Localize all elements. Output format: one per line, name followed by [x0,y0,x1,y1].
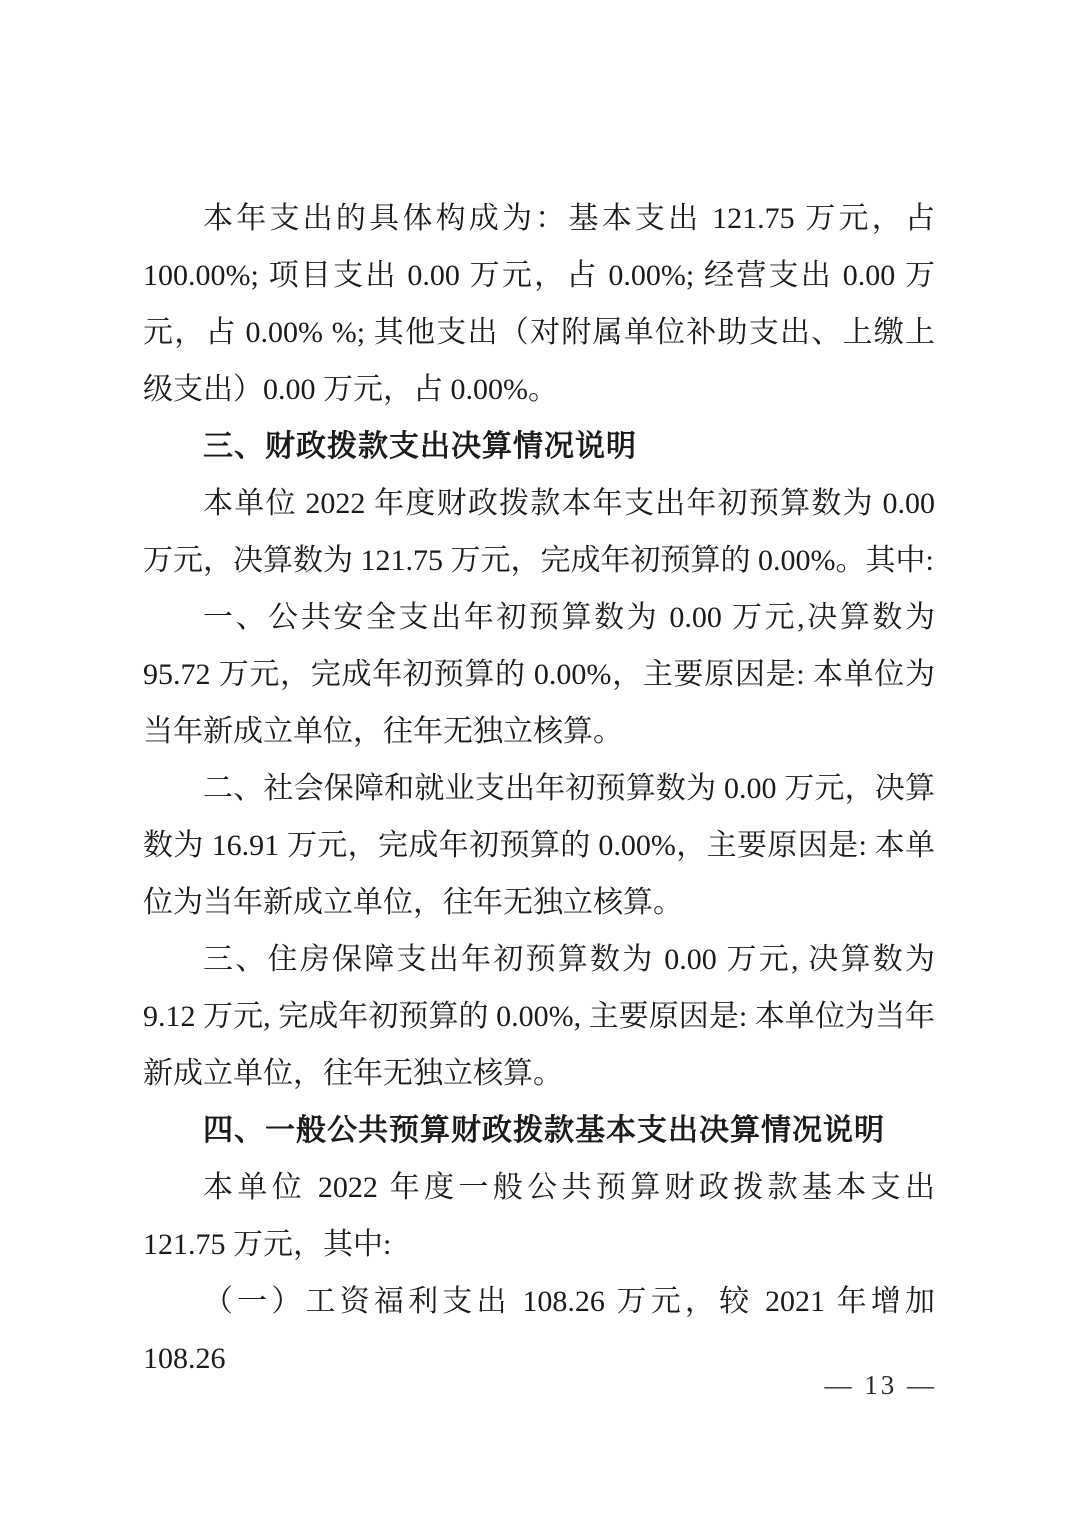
paragraph-item-2-social-security-employment: 二、社会保障和就业支出年初预算数为 0.00 万元，决算数为 16.91 万元，… [143,760,935,931]
section-heading-4-general-public-budget-basic-expenditure: 四、一般公共预算财政拨款基本支出决算情况说明 [143,1102,935,1159]
document-page: 本年支出的具体构成为：基本支出 121.75 万元，占 100.00%; 项目支… [0,0,1074,1520]
paragraph-item-3-housing-security: 三、住房保障支出年初预算数为 0.00 万元, 决算数为 9.12 万元, 完成… [143,931,935,1102]
document-body: 本年支出的具体构成为：基本支出 121.75 万元，占 100.00%; 项目支… [143,190,935,1387]
paragraph-expenditure-composition: 本年支出的具体构成为：基本支出 121.75 万元，占 100.00%; 项目支… [143,190,935,418]
paragraph-general-public-budget-summary: 本单位 2022 年度一般公共预算财政拨款基本支出 121.75 万元，其中: [143,1159,935,1273]
page-number: — 13 — [825,1368,938,1402]
paragraph-fiscal-appropriation-summary: 本单位 2022 年度财政拨款本年支出年初预算数为 0.00 万元，决算数为 1… [143,475,935,589]
paragraph-sub-item-1-salary-welfare: （一）工资福利支出 108.26 万元，较 2021 年增加 108.26 [143,1273,935,1387]
section-heading-3-fiscal-appropriation-expenditure: 三、财政拨款支出决算情况说明 [143,418,935,475]
paragraph-item-1-public-security: 一、公共安全支出年初预算数为 0.00 万元,决算数为 95.72 万元，完成年… [143,589,935,760]
